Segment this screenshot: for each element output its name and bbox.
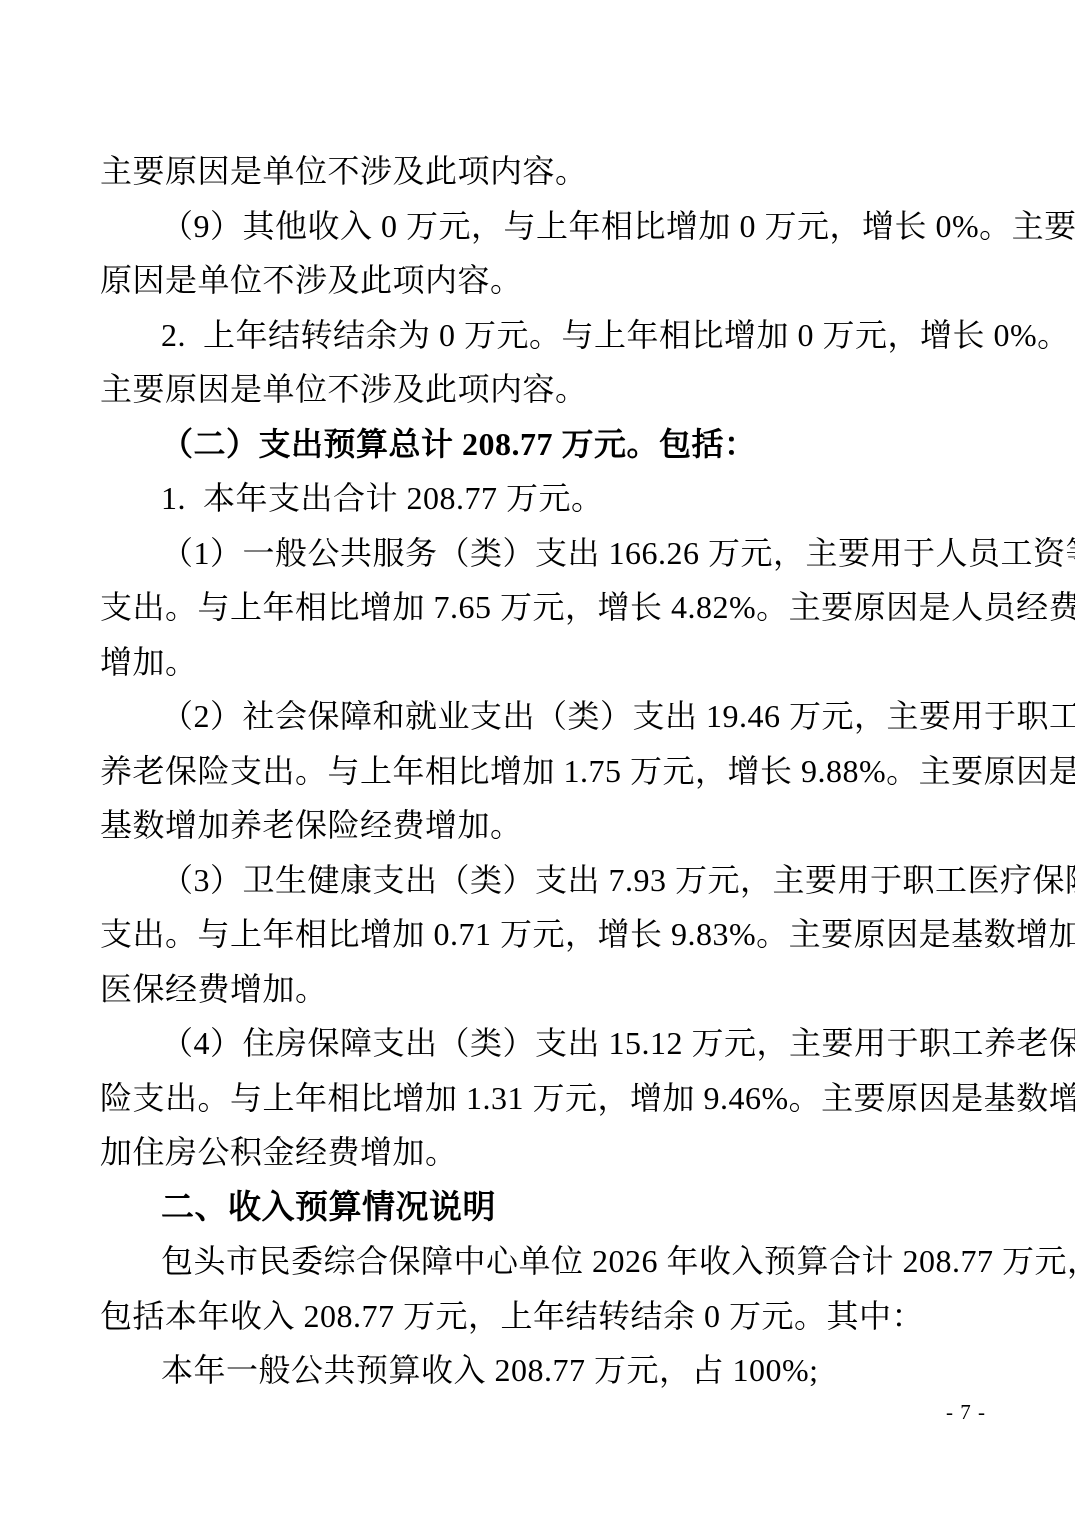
line-income-budget-total-2: 包括本年收入 208.77 万元，上年结转结余 0 万元。其中： <box>100 1289 988 1344</box>
document-page: 主要原因是单位不涉及此项内容。 （9）其他收入 0 万元，与上年相比增加 0 万… <box>0 0 1075 1520</box>
line-income-budget-total-1: 包头市民委综合保障中心单位 2026 年收入预算合计 208.77 万元， <box>100 1234 988 1289</box>
line-housing-security-3: 加住房公积金经费增加。 <box>100 1125 988 1180</box>
line-health-expenditure-2: 支出。与上年相比增加 0.71 万元，增长 9.83%。主要原因是基数增加 <box>100 907 988 962</box>
line-social-security-employment-1: （2）社会保障和就业支出（类）支出 19.46 万元，主要用于职工 <box>100 689 988 744</box>
document-body-text: 主要原因是单位不涉及此项内容。 （9）其他收入 0 万元，与上年相比增加 0 万… <box>100 144 988 1398</box>
line-general-public-services-1: （1）一般公共服务（类）支出 166.26 万元，主要用于人员工资等 <box>100 526 988 581</box>
line-health-expenditure-3: 医保经费增加。 <box>100 962 988 1017</box>
line-item9-reason: 原因是单位不涉及此项内容。 <box>100 253 988 308</box>
line-carryover-balance: 2. 上年结转结余为 0 万元。与上年相比增加 0 万元，增长 0%。 <box>100 308 988 363</box>
line-housing-security-1: （4）住房保障支出（类）支出 15.12 万元，主要用于职工养老保 <box>100 1016 988 1071</box>
line-general-public-budget-income: 本年一般公共预算收入 208.77 万元，占 100%; <box>100 1343 988 1398</box>
heading-expenditure-budget-total: （二）支出预算总计 208.77 万元。包括： <box>100 417 988 472</box>
line-item9-other-income: （9）其他收入 0 万元，与上年相比增加 0 万元，增长 0%。主要 <box>100 199 988 254</box>
line-housing-security-2: 险支出。与上年相比增加 1.31 万元，增加 9.46%。主要原因是基数增 <box>100 1071 988 1126</box>
heading-income-budget-section: 二、收入预算情况说明 <box>100 1180 988 1235</box>
page-number: - 7 - <box>936 1399 996 1425</box>
line-general-public-services-2: 支出。与上年相比增加 7.65 万元，增长 4.82%。主要原因是人员经费 <box>100 580 988 635</box>
line-health-expenditure-1: （3）卫生健康支出（类）支出 7.93 万元，主要用于职工医疗保险 <box>100 853 988 908</box>
line-carryover-reason: 主要原因是单位不涉及此项内容。 <box>100 362 988 417</box>
line-general-public-services-3: 增加。 <box>100 635 988 690</box>
line-social-security-employment-3: 基数增加养老保险经费增加。 <box>100 798 988 853</box>
line-current-year-expenditure: 1. 本年支出合计 208.77 万元。 <box>100 471 988 526</box>
line-social-security-employment-2: 养老保险支出。与上年相比增加 1.75 万元，增长 9.88%。主要原因是 <box>100 744 988 799</box>
line-prev-reason: 主要原因是单位不涉及此项内容。 <box>100 144 988 199</box>
